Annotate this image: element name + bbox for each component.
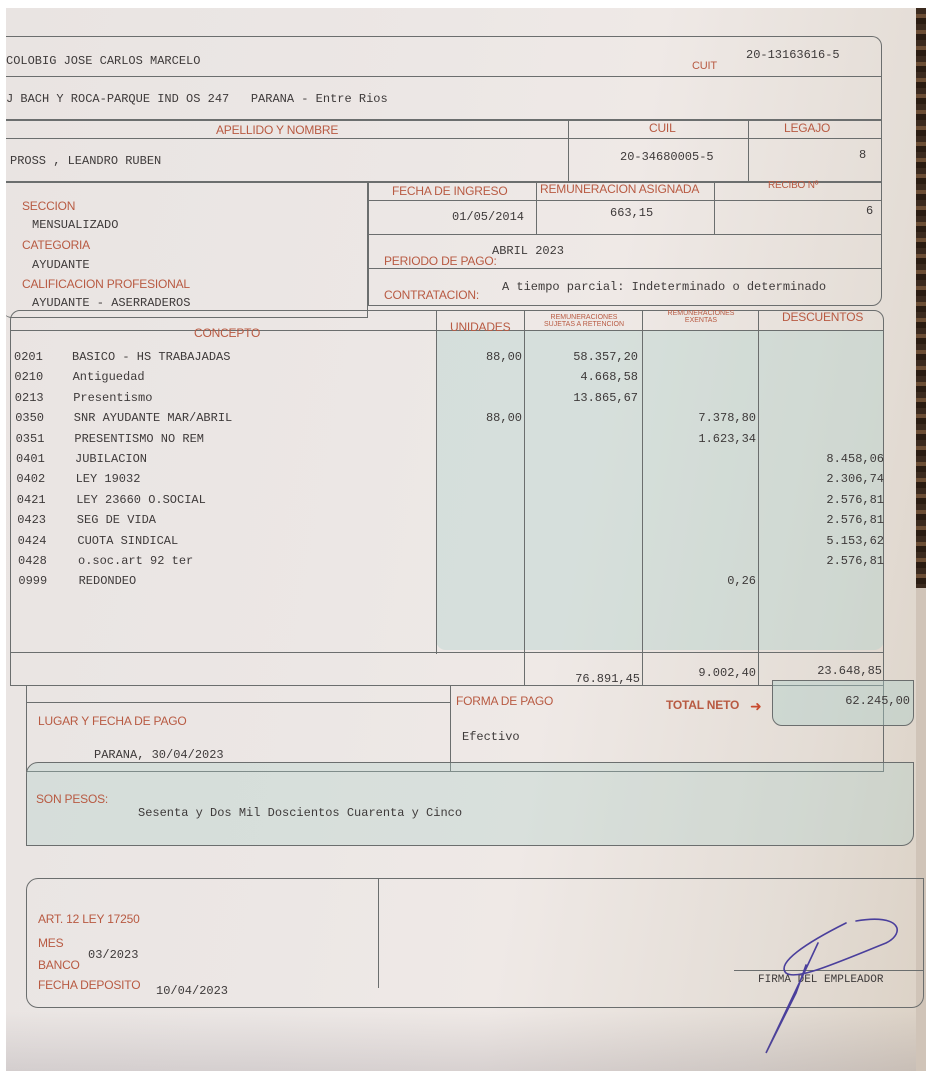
row-units: 88,00 xyxy=(438,411,522,425)
row-sujetas: 4.668,58 xyxy=(526,370,638,384)
row-descuentos: 2.576,81 xyxy=(760,554,884,568)
cuit-value: 20-13163616-5 xyxy=(746,48,840,62)
row-code: 0351 xyxy=(16,432,45,446)
row-code: 0423 xyxy=(17,513,46,527)
row-code: 0201 xyxy=(14,350,43,364)
fold-shadow xyxy=(6,1011,916,1071)
row-code: 0999 xyxy=(18,574,47,588)
periodo-value: ABRIL 2023 xyxy=(492,244,564,258)
art-ley-label: ART. 12 LEY 17250 xyxy=(38,912,140,926)
divider xyxy=(368,200,882,201)
row-code: 0401 xyxy=(16,452,45,466)
col-descuentos: DESCUENTOS xyxy=(782,310,863,324)
son-pesos-label: SON PESOS: xyxy=(36,792,108,806)
col-sujetas: REMUNERACIONES SUJETAS A RETENCION xyxy=(526,314,642,328)
seccion-value: MENSUALIZADO xyxy=(32,218,118,232)
divider xyxy=(368,268,882,269)
row-concept: PRESENTISMO NO REM xyxy=(74,432,204,446)
row-descuentos: 8.458,06 xyxy=(760,452,884,466)
divider xyxy=(568,120,569,182)
divider xyxy=(10,652,884,653)
contratacion-label: CONTRATACION: xyxy=(384,288,479,302)
row-concept: Antiguedad xyxy=(73,370,145,384)
row-concept: CUOTA SINDICAL xyxy=(77,534,178,548)
divider xyxy=(6,138,882,139)
cuil-label: CUIL xyxy=(649,121,676,135)
divider xyxy=(524,310,525,686)
row-exentas: 1.623,34 xyxy=(644,432,756,446)
total-descuentos: 23.648,85 xyxy=(760,664,882,678)
divider xyxy=(642,310,643,686)
col-exentas-line1: REMUNERACIONES xyxy=(644,310,758,317)
row-descuentos: 2.576,81 xyxy=(760,513,884,527)
row-concept: SNR AYUDANTE MAR/ABRIL xyxy=(74,411,232,425)
row-concept: SEG DE VIDA xyxy=(77,513,156,527)
forma-pago-value: Efectivo xyxy=(462,730,520,744)
row-units: 88,00 xyxy=(438,350,522,364)
son-pesos-value: Sesenta y Dos Mil Doscientos Cuarenta y … xyxy=(138,806,462,820)
legajo-label: LEGAJO xyxy=(784,121,830,135)
fecha-ingreso-value: 01/05/2014 xyxy=(452,210,524,224)
col-exentas: REMUNERACIONES EXENTAS xyxy=(644,310,758,324)
lugar-fecha-label: LUGAR Y FECHA DE PAGO xyxy=(38,714,187,728)
col-unidades: UNIDADES xyxy=(450,320,510,334)
fecha-deposito-label: FECHA DEPOSITO xyxy=(38,978,140,992)
remuneracion-asignada-value: 663,15 xyxy=(610,206,653,220)
row-code: 0213 xyxy=(15,391,44,405)
row-code: 0350 xyxy=(15,411,44,425)
divider xyxy=(10,330,884,331)
row-concept: LEY 19032 xyxy=(76,472,141,486)
divider xyxy=(748,120,749,182)
remuneracion-asignada-label: REMUNERACION ASIGNADA xyxy=(540,182,699,196)
row-concept: REDONDEO xyxy=(79,574,137,588)
col-sujetas-line1: REMUNERACIONES xyxy=(526,314,642,321)
divider xyxy=(26,702,450,703)
divider xyxy=(436,310,437,654)
forma-pago-label: FORMA DE PAGO xyxy=(456,694,553,708)
total-neto-label: TOTAL NETO xyxy=(666,698,739,712)
lugar-fecha-value: PARANA, 30/04/2023 xyxy=(94,748,224,762)
row-code: 0210 xyxy=(14,370,43,384)
mes-label: MES xyxy=(38,936,63,950)
total-exentas: 9.002,40 xyxy=(644,666,756,680)
col-concepto: CONCEPTO xyxy=(194,326,260,340)
divider xyxy=(368,234,882,235)
row-code: 0421 xyxy=(17,493,46,507)
recibo-label: RECIBO Nº xyxy=(768,180,818,191)
banco-label: BANCO xyxy=(38,958,80,972)
seccion-label: SECCION xyxy=(22,199,75,213)
cuit-label: CUIT xyxy=(692,60,717,72)
row-sujetas: 13.865,67 xyxy=(526,391,638,405)
row-concept: LEY 23660 O.SOCIAL xyxy=(76,493,206,507)
periodo-label: PERIODO DE PAGO: xyxy=(384,254,497,268)
fecha-ingreso-label: FECHA DE INGRESO xyxy=(392,184,508,198)
legajo-value: 8 xyxy=(859,148,866,162)
calificacion-value: AYUDANTE - ASERRADEROS xyxy=(32,296,190,310)
row-exentas: 7.378,80 xyxy=(644,411,756,425)
row-code: 0424 xyxy=(18,534,47,548)
col-sujetas-line2: SUJETAS A RETENCION xyxy=(526,321,642,328)
cuil-value: 20-34680005-5 xyxy=(620,150,714,164)
divider xyxy=(758,310,759,686)
col-exentas-line2: EXENTAS xyxy=(644,317,758,324)
row-sujetas: 58.357,20 xyxy=(526,350,638,364)
total-sujetas: 76.891,45 xyxy=(526,672,640,686)
row-descuentos: 2.576,81 xyxy=(760,493,884,507)
row-exentas: 0,26 xyxy=(644,574,756,588)
employee-name: PROSS , LEANDRO RUBEN xyxy=(10,154,161,168)
fecha-deposito-value: 10/04/2023 xyxy=(156,984,228,998)
divider xyxy=(714,182,715,234)
mes-value: 03/2023 xyxy=(88,948,138,962)
row-code: 0428 xyxy=(18,554,47,568)
apellido-nombre-label: APELLIDO Y NOMBRE xyxy=(216,123,338,137)
row-descuentos: 2.306,74 xyxy=(760,472,884,486)
row-concept: BASICO - HS TRABAJADAS xyxy=(72,350,230,364)
employer-name: COLOBIG JOSE CARLOS MARCELO xyxy=(6,54,200,68)
row-concept: o.soc.art 92 ter xyxy=(78,554,193,568)
total-neto-value: 62.245,00 xyxy=(774,694,910,708)
categoria-label: CATEGORIA xyxy=(22,238,90,252)
categoria-value: AYUDANTE xyxy=(32,258,90,272)
arrow-right-icon: ➜ xyxy=(750,698,762,715)
divider xyxy=(536,182,537,234)
payslip-paper: COLOBIG JOSE CARLOS MARCELO CUIT 20-1316… xyxy=(6,8,916,1071)
divider xyxy=(378,878,379,988)
divider xyxy=(450,686,451,772)
row-code: 0402 xyxy=(16,472,45,486)
employee-box xyxy=(6,120,882,182)
employer-address: J BACH Y ROCA-PARQUE IND OS 247 xyxy=(6,92,229,106)
calificacion-label: CALIFICACION PROFESIONAL xyxy=(22,277,190,291)
row-descuentos: 5.153,62 xyxy=(760,534,884,548)
divider xyxy=(6,76,882,77)
recibo-value: 6 xyxy=(866,204,873,218)
son-pesos-box xyxy=(26,762,914,846)
contratacion-value: A tiempo parcial: Indeterminado o determ… xyxy=(502,280,826,294)
row-concept: JUBILACION xyxy=(75,452,147,466)
employer-city: PARANA - Entre Rios xyxy=(251,92,388,106)
row-concept: Presentismo xyxy=(73,391,152,405)
payslip-photo: COLOBIG JOSE CARLOS MARCELO CUIT 20-1316… xyxy=(6,8,926,1071)
